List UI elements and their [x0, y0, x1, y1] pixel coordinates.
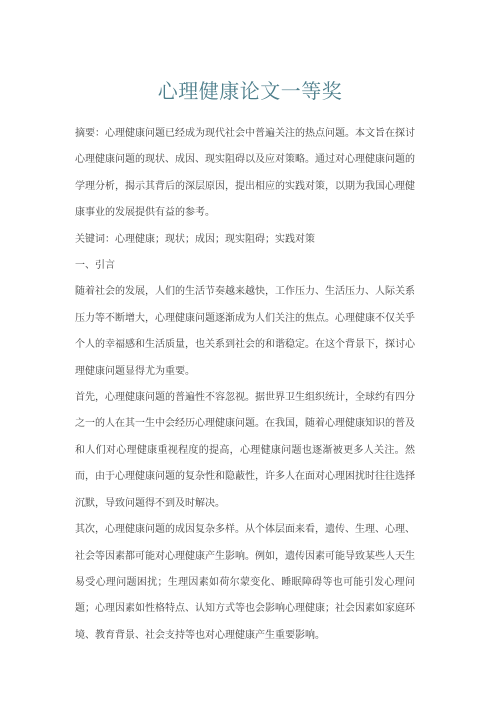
causes-paragraph: 其次，心理健康问题的成因复杂多样。从个体层面来看，遗传、生理、心理、社会等因素都… [75, 517, 415, 649]
document-title: 心理健康论文一等奖 [0, 0, 500, 106]
document-body: 摘要：心理健康问题已经成为现代社会中普遍关注的热点问题。本文旨在探讨心理健康问题… [75, 121, 415, 649]
prevalence-paragraph: 首先，心理健康问题的普遍性不容忽视。据世界卫生组织统计，全球约有四分之一的人在其… [75, 385, 415, 517]
introduction-paragraph: 随着社会的发展，人们的生活节奏越来越快，工作压力、生活压力、人际关系压力等不断增… [75, 279, 415, 385]
keywords-line: 关键词：心理健康；现状；成因；现实阻碍；实践对策 [75, 227, 415, 253]
abstract-paragraph: 摘要：心理健康问题已经成为现代社会中普遍关注的热点问题。本文旨在探讨心理健康问题… [75, 121, 415, 227]
document-page: 心理健康论文一等奖 摘要：心理健康问题已经成为现代社会中普遍关注的热点问题。本文… [0, 0, 500, 707]
section-heading-introduction: 一、引言 [75, 253, 415, 279]
